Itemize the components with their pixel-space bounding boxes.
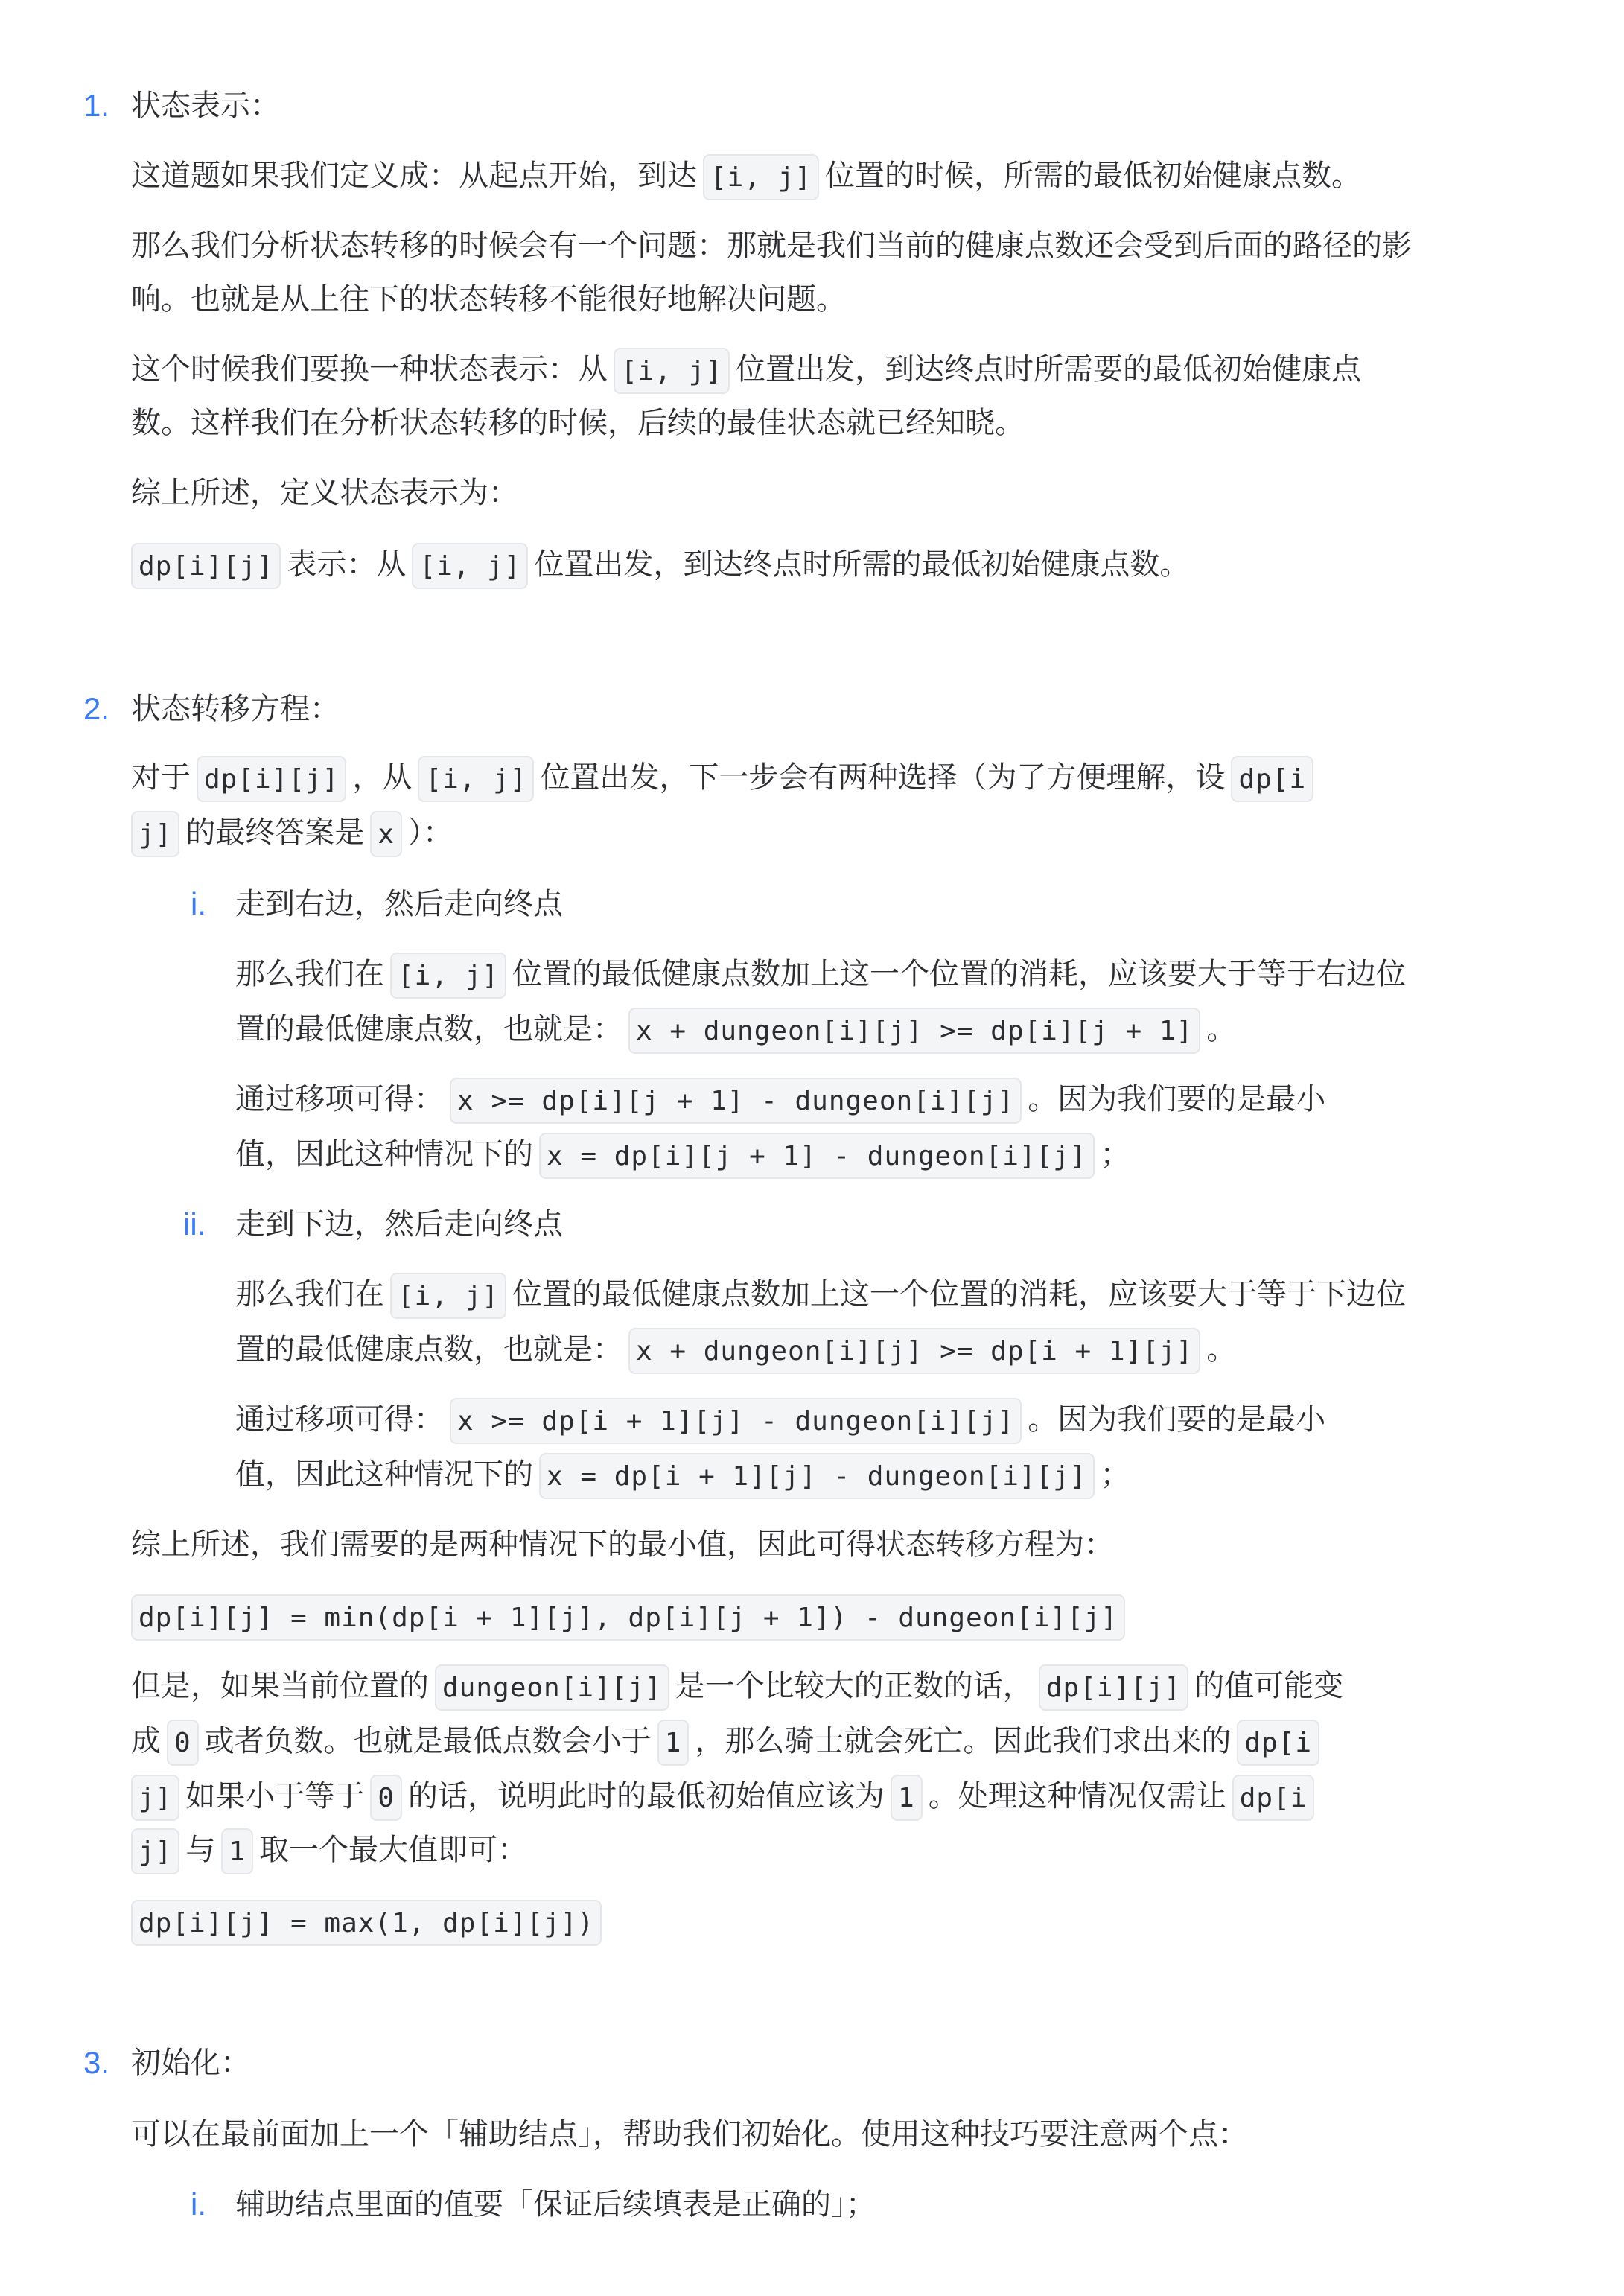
inline-code: dp[i bbox=[1237, 1720, 1319, 1766]
inline-code: x >= dp[i][j + 1] - dungeon[i][j] bbox=[450, 1078, 1022, 1124]
paragraph-line: 成0或者负数。也就是最低点数会小于1，那么骑士就会死亡。因此我们求出来的dp[i bbox=[131, 1714, 1325, 1768]
inline-code: x >= dp[i + 1][j] - dungeon[i][j] bbox=[450, 1398, 1022, 1444]
subitem-line: 置的最低健康点数，也就是：x + dungeon[i][j] >= dp[i][… bbox=[235, 1002, 1236, 1056]
subitem-2-1-marker: i. bbox=[191, 877, 206, 931]
text-segment: 或者负数。也就是最低点数会小于 bbox=[205, 1724, 652, 1758]
text-segment: 这个时候我们要换一种状态表示：从 bbox=[131, 352, 608, 387]
inline-code: [i, j] bbox=[390, 1273, 506, 1319]
text-segment: 对于 bbox=[131, 760, 191, 795]
text-segment: 。 bbox=[1206, 1332, 1236, 1367]
paragraph-line: 可以在最前面加上一个「辅助结点」，帮助我们初始化。使用这种技巧要注意两个点： bbox=[131, 2108, 1248, 2161]
paragraph-line: 对于dp[i][j]，从[i, j]位置出发，下一步会有两种选择（为了方便理解，… bbox=[131, 751, 1319, 804]
inline-code: j] bbox=[131, 1775, 179, 1821]
text-segment: 。因为我们要的是最小 bbox=[1028, 1082, 1325, 1116]
text-segment: 。 bbox=[1206, 1012, 1236, 1046]
inline-code: [i, j] bbox=[390, 953, 506, 999]
paragraph-line: 响。也就是从上往下的状态转移不能很好地解决问题。 bbox=[131, 273, 846, 326]
subitem-line: 那么我们在[i, j]位置的最低健康点数加上这一个位置的消耗，应该要大于等于右边… bbox=[235, 947, 1406, 1001]
text-segment: 那么我们分析状态转移的时候会有一个问题：那就是我们当前的健康点数还会受到后面的路… bbox=[131, 229, 1412, 263]
inline-code: [i, j] bbox=[418, 756, 534, 802]
text-segment: 置的最低健康点数，也就是： bbox=[235, 1332, 622, 1367]
text-segment: 通过移项可得： bbox=[235, 1402, 444, 1437]
paragraph-line: 这个时候我们要换一种状态表示：从[i, j]位置出发，到达终点时所需要的最低初始… bbox=[131, 343, 1361, 396]
text-segment: 取一个最大值即可： bbox=[259, 1833, 527, 1867]
text-segment: 那么我们在 bbox=[235, 957, 384, 991]
text-segment: 位置出发，到达终点时所需的最低初始健康点数。 bbox=[534, 547, 1189, 582]
inline-code: x bbox=[370, 811, 402, 857]
section-3-marker: 3. bbox=[83, 2036, 109, 2090]
text-segment: 位置出发，下一步会有两种选择（为了方便理解，设 bbox=[540, 760, 1225, 795]
text-segment: 是一个比较大的正数的话， bbox=[675, 1669, 1033, 1703]
subitem-3-1-marker: i. bbox=[191, 2178, 206, 2231]
text-segment: 这道题如果我们定义成：从起点开始，到达 bbox=[131, 159, 697, 193]
paragraph-line: j]的最终答案是x）： bbox=[131, 806, 453, 859]
text-segment: 。因为我们要的是最小 bbox=[1028, 1402, 1325, 1437]
inline-code: x = dp[i][j + 1] - dungeon[i][j] bbox=[539, 1133, 1095, 1179]
text-segment: 值，因此这种情况下的 bbox=[235, 1457, 533, 1492]
text-segment: 综上所述，我们需要的是两种情况下的最小值，因此可得状态转移方程为： bbox=[131, 1527, 1114, 1562]
subitem-line: 值，因此这种情况下的x = dp[i][j + 1] - dungeon[i][… bbox=[235, 1128, 1130, 1181]
text-segment: 通过移项可得： bbox=[235, 1082, 444, 1116]
inline-code: [i, j] bbox=[703, 154, 819, 200]
inline-code: x + dungeon[i][j] >= dp[i + 1][j] bbox=[628, 1328, 1200, 1374]
inline-code: 1 bbox=[221, 1828, 253, 1874]
section-1-title: 状态表示： bbox=[131, 79, 280, 133]
subitem-2-2-marker: ii. bbox=[183, 1198, 206, 1251]
inline-code: dungeon[i][j] bbox=[435, 1664, 669, 1711]
text-segment: 。处理这种情况仅需让 bbox=[929, 1779, 1226, 1813]
inline-code: dp[i][j] bbox=[1039, 1664, 1188, 1711]
inline-code: j] bbox=[131, 811, 179, 857]
paragraph-line: dp[i][j]表示：从[i, j]位置出发，到达终点时所需的最低初始健康点数。 bbox=[131, 538, 1189, 591]
subitem-line: 值，因此这种情况下的x = dp[i + 1][j] - dungeon[i][… bbox=[235, 1448, 1130, 1501]
subitem-3-1-title: 辅助结点里面的值要「保证后续填表是正确的」； bbox=[235, 2178, 876, 2231]
subitem-2-2-title: 走到下边，然后走向终点 bbox=[235, 1198, 563, 1251]
section-3-title: 初始化： bbox=[131, 2036, 250, 2090]
text-segment: 位置的时候，所需的最低初始健康点数。 bbox=[825, 159, 1361, 193]
paragraph-line: 数。这样我们在分析状态转移的时候，后续的最佳状态就已经知晓。 bbox=[131, 396, 1025, 450]
text-segment: 数。这样我们在分析状态转移的时候，后续的最佳状态就已经知晓。 bbox=[131, 406, 1025, 440]
text-segment: 综上所述，定义状态表示为： bbox=[131, 476, 518, 510]
paragraph-line: j]与1取一个最大值即可： bbox=[131, 1823, 527, 1877]
subitem-line: 那么我们在[i, j]位置的最低健康点数加上这一个位置的消耗，应该要大于等于下边… bbox=[235, 1268, 1406, 1321]
paragraph-line: 综上所述，我们需要的是两种情况下的最小值，因此可得状态转移方程为： bbox=[131, 1518, 1114, 1571]
inline-code: dp[i][j] = max(1, dp[i][j]) bbox=[131, 1900, 602, 1946]
inline-code: 1 bbox=[657, 1720, 690, 1766]
section-2-title: 状态转移方程： bbox=[131, 682, 340, 736]
inline-code: 0 bbox=[370, 1775, 402, 1821]
text-segment: ）： bbox=[408, 815, 453, 850]
paragraph-line: 综上所述，定义状态表示为： bbox=[131, 466, 518, 520]
inline-code: dp[i][j] bbox=[197, 756, 346, 802]
text-segment: 的话，说明此时的最低初始值应该为 bbox=[408, 1779, 885, 1813]
paragraph-line: 但是，如果当前位置的dungeon[i][j]是一个比较大的正数的话，dp[i]… bbox=[131, 1659, 1343, 1713]
subitem-line: 置的最低健康点数，也就是：x + dungeon[i][j] >= dp[i +… bbox=[235, 1323, 1236, 1376]
text-segment: 成 bbox=[131, 1724, 161, 1758]
subitem-line: 通过移项可得：x >= dp[i + 1][j] - dungeon[i][j]… bbox=[235, 1393, 1325, 1446]
inline-code: 0 bbox=[167, 1720, 199, 1766]
text-segment: 响。也就是从上往下的状态转移不能很好地解决问题。 bbox=[131, 282, 846, 317]
text-segment: 那么我们在 bbox=[235, 1277, 384, 1311]
inline-code: dp[i bbox=[1232, 1775, 1315, 1821]
text-segment: 值，因此这种情况下的 bbox=[235, 1137, 533, 1171]
text-segment: 的最终答案是 bbox=[185, 815, 364, 850]
section-1-marker: 1. bbox=[83, 79, 109, 133]
text-segment: 与 bbox=[185, 1833, 215, 1867]
text-segment: 可以在最前面加上一个「辅助结点」，帮助我们初始化。使用这种技巧要注意两个点： bbox=[131, 2117, 1248, 2152]
subitem-line: 通过移项可得：x >= dp[i][j + 1] - dungeon[i][j]… bbox=[235, 1072, 1325, 1126]
inline-code: j] bbox=[131, 1828, 179, 1874]
text-segment: 如果小于等于 bbox=[185, 1779, 364, 1813]
text-segment: 的值可能变 bbox=[1194, 1669, 1343, 1703]
inline-code: [i, j] bbox=[412, 543, 528, 589]
inline-code: [i, j] bbox=[614, 348, 730, 394]
text-segment: 位置的最低健康点数加上这一个位置的消耗，应该要大于等于右边位 bbox=[512, 957, 1406, 991]
text-segment: ，那么骑士就会死亡。因此我们求出来的 bbox=[695, 1724, 1231, 1758]
text-segment: 但是，如果当前位置的 bbox=[131, 1669, 429, 1703]
inline-code: dp[i][j] = min(dp[i + 1][j], dp[i][j + 1… bbox=[131, 1594, 1125, 1641]
text-segment: ； bbox=[1101, 1457, 1130, 1492]
paragraph-line: dp[i][j] = max(1, dp[i][j]) bbox=[131, 1895, 608, 1948]
section-2-marker: 2. bbox=[83, 682, 109, 736]
inline-code: x = dp[i + 1][j] - dungeon[i][j] bbox=[539, 1453, 1095, 1499]
text-segment: ，从 bbox=[352, 760, 412, 795]
inline-code: 1 bbox=[891, 1775, 923, 1821]
paragraph-line: 这道题如果我们定义成：从起点开始，到达[i, j]位置的时候，所需的最低初始健康… bbox=[131, 149, 1361, 203]
inline-code: dp[i bbox=[1231, 756, 1313, 802]
text-segment: ； bbox=[1101, 1137, 1130, 1171]
paragraph-line: j]如果小于等于0的话，说明此时的最低初始值应该为1。处理这种情况仅需让dp[i bbox=[131, 1769, 1320, 1823]
inline-code: x + dungeon[i][j] >= dp[i][j + 1] bbox=[628, 1008, 1200, 1054]
text-segment: 位置的最低健康点数加上这一个位置的消耗，应该要大于等于下边位 bbox=[512, 1277, 1406, 1311]
inline-code: dp[i][j] bbox=[131, 543, 281, 589]
paragraph-line: dp[i][j] = min(dp[i + 1][j], dp[i][j + 1… bbox=[131, 1589, 1131, 1643]
text-segment: 表示：从 bbox=[287, 547, 406, 582]
paragraph-line: 那么我们分析状态转移的时候会有一个问题：那就是我们当前的健康点数还会受到后面的路… bbox=[131, 219, 1412, 273]
subitem-2-1-title: 走到右边，然后走向终点 bbox=[235, 877, 563, 931]
text-segment: 位置出发，到达终点时所需要的最低初始健康点 bbox=[736, 352, 1361, 387]
text-segment: 置的最低健康点数，也就是： bbox=[235, 1012, 622, 1046]
